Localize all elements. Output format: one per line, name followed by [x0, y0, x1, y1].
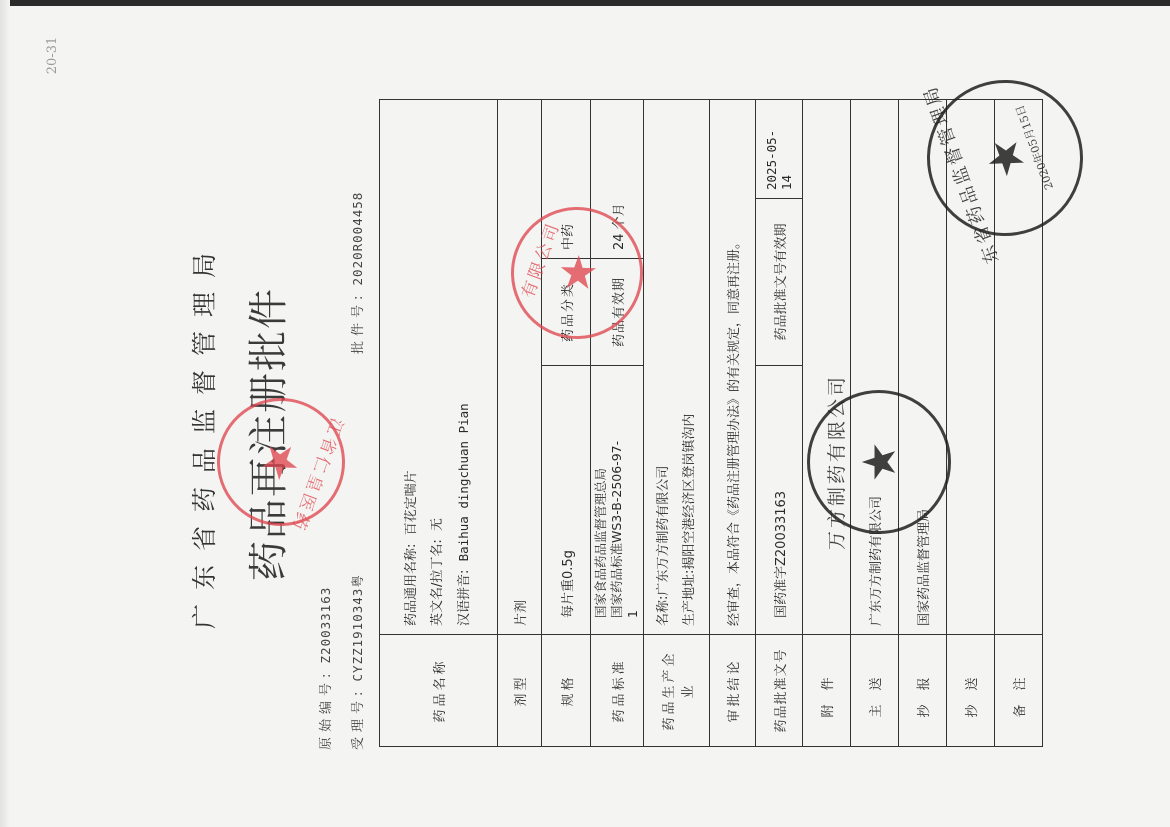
report-to-label: 抄报	[899, 634, 947, 746]
english-latin-label: 英文名/拉丁名:	[430, 539, 445, 626]
conclusion-text: 经审查，本品符合《药品注册管理办法》的有关规定，同意再注册。	[710, 99, 756, 634]
approval-number-label: 批件号:	[351, 290, 366, 353]
table-row-remarks: 备注	[995, 99, 1043, 746]
manufacturer-address-label: 生产地址:	[682, 569, 697, 625]
document-title: 药品再注册批件	[237, 84, 294, 784]
approval-doc-cell: 国药准字Z20033163 药品批准文号有效期 2025-05-14	[756, 99, 803, 634]
standard-line-2: 国家药品标准WS3-B-2506-97-	[609, 440, 625, 617]
main-recipient-value: 广东万方制药有限公司	[851, 99, 899, 634]
category-value: 中药	[542, 108, 590, 259]
generic-name-label: 药品通用名称:	[404, 543, 419, 625]
approval-number-value: 2020R004458	[350, 191, 365, 285]
manufacturer-name-label: 名称:	[656, 595, 671, 625]
table-row-approval-doc: 药品批准文号 国药准字Z20033163 药品批准文号有效期 2025-05-1…	[756, 99, 803, 746]
table-row-specification: 规格 每片重0.5g 药品分类 中药	[542, 99, 591, 746]
acceptance-number: 受理号: CYZZ1910343粤	[347, 574, 366, 750]
manufacturer-name-value: 广东万方制药有限公司	[656, 465, 671, 595]
original-number-value: Z20033163	[318, 586, 333, 663]
approval-doc-label: 药品批准文号	[756, 634, 803, 746]
specification-label: 规格	[542, 634, 591, 746]
issuing-agency: 广东省药品监督管理局	[185, 84, 221, 784]
attachment-value	[803, 99, 851, 634]
english-latin-name: 英文名/拉丁名: 无	[425, 108, 451, 626]
generic-name: 药品通用名称: 百花定喘片	[399, 108, 425, 626]
approval-expiry-label: 药品批准文号有效期	[756, 199, 802, 366]
approval-number: 批件号: 2020R004458	[347, 191, 366, 353]
acceptance-number-value: CYZZ1910343粤	[350, 574, 365, 681]
manufacturer-address-value: 揭阳空港经济区登岗镇沟内	[682, 413, 697, 569]
table-row-main-recipient: 主送 广东万方制药有限公司	[851, 99, 899, 746]
scan-left-edge	[0, 0, 10, 827]
handwritten-note: 20-31	[45, 37, 60, 74]
main-recipient-label: 主送	[851, 634, 899, 746]
validity-label: 药品有效期	[591, 259, 643, 366]
specification-value: 每片重0.5g	[542, 366, 590, 626]
standard-text: 国家食品药品监督管理总局 国家药品标准WS3-B-2506-97- 1	[591, 366, 643, 626]
specification-cell: 每片重0.5g 药品分类 中药	[542, 99, 591, 634]
category-label: 药品分类	[542, 259, 590, 366]
pinyin-value: Baihua dingchuan Pian	[456, 403, 471, 561]
remarks-label: 备注	[995, 634, 1043, 746]
pinyin-name: 汉语拼音: Baihua dingchuan Pian	[451, 108, 478, 626]
table-row-standard: 药品标准 国家食品药品监督管理总局 国家药品标准WS3-B-2506-97- 1…	[591, 99, 644, 746]
dosage-form-label: 剂型	[498, 634, 542, 746]
drug-name-label: 药品名称	[380, 634, 498, 746]
registration-table: 药品名称 药品通用名称: 百花定喘片 英文名/拉丁名: 无 汉语拼音: Baih…	[379, 99, 1043, 747]
approval-document: 广东省药品监督管理局 药品再注册批件 原始编号: Z20033163 受理号: …	[89, 84, 1109, 784]
standard-line-1: 国家食品药品监督管理总局	[593, 467, 609, 617]
drug-name-cell: 药品通用名称: 百花定喘片 英文名/拉丁名: 无 汉语拼音: Baihua di…	[380, 99, 498, 634]
manufacturer-label: 药品生产企业	[644, 634, 710, 746]
original-number-label: 原始编号:	[319, 668, 334, 749]
table-row-copy-to: 抄送	[947, 99, 995, 746]
original-number: 原始编号: Z20033163	[315, 586, 334, 749]
table-row-manufacturer: 药品生产企业 名称:广东万方制药有限公司 生产地址:揭阳空港经济区登岗镇沟内	[644, 99, 710, 746]
manufacturer-address: 生产地址:揭阳空港经济区登岗镇沟内	[677, 108, 703, 626]
validity-value: 24 个月	[591, 108, 643, 259]
table-row-dosage-form: 剂型 片剂	[498, 99, 542, 746]
table-row-drug-name: 药品名称 药品通用名称: 百花定喘片 英文名/拉丁名: 无 汉语拼音: Baih…	[380, 99, 498, 746]
copy-to-value	[947, 99, 995, 634]
standard-label: 药品标准	[591, 634, 644, 746]
table-row-conclusion: 审批结论 经审查，本品符合《药品注册管理办法》的有关规定，同意再注册。	[710, 99, 756, 746]
generic-name-value: 百花定喘片	[404, 470, 419, 535]
english-latin-value: 无	[430, 517, 445, 530]
scan-top-edge	[0, 0, 1170, 6]
manufacturer-name: 名称:广东万方制药有限公司	[651, 108, 677, 626]
table-row-attachment: 附件	[803, 99, 851, 746]
report-to-value: 国家药品监督管理局	[899, 99, 947, 634]
red-seal-title-text: 江省仁皇医药	[287, 415, 352, 536]
table-row-report-to: 抄报 国家药品监督管理局	[899, 99, 947, 746]
remarks-value	[995, 99, 1043, 634]
copy-to-label: 抄送	[947, 634, 995, 746]
approval-doc-value: 国药准字Z20033163	[756, 366, 802, 626]
dosage-form-value: 片剂	[498, 99, 542, 634]
approval-expiry-value: 2025-05-14	[756, 108, 802, 199]
manufacturer-cell: 名称:广东万方制药有限公司 生产地址:揭阳空港经济区登岗镇沟内	[644, 99, 710, 634]
standard-cell: 国家食品药品监督管理总局 国家药品标准WS3-B-2506-97- 1 药品有效…	[591, 99, 644, 634]
standard-line-3: 1	[625, 610, 641, 618]
pinyin-label: 汉语拼音:	[457, 569, 472, 625]
acceptance-number-label: 受理号:	[351, 686, 366, 749]
attachment-label: 附件	[803, 634, 851, 746]
conclusion-label: 审批结论	[710, 634, 756, 746]
